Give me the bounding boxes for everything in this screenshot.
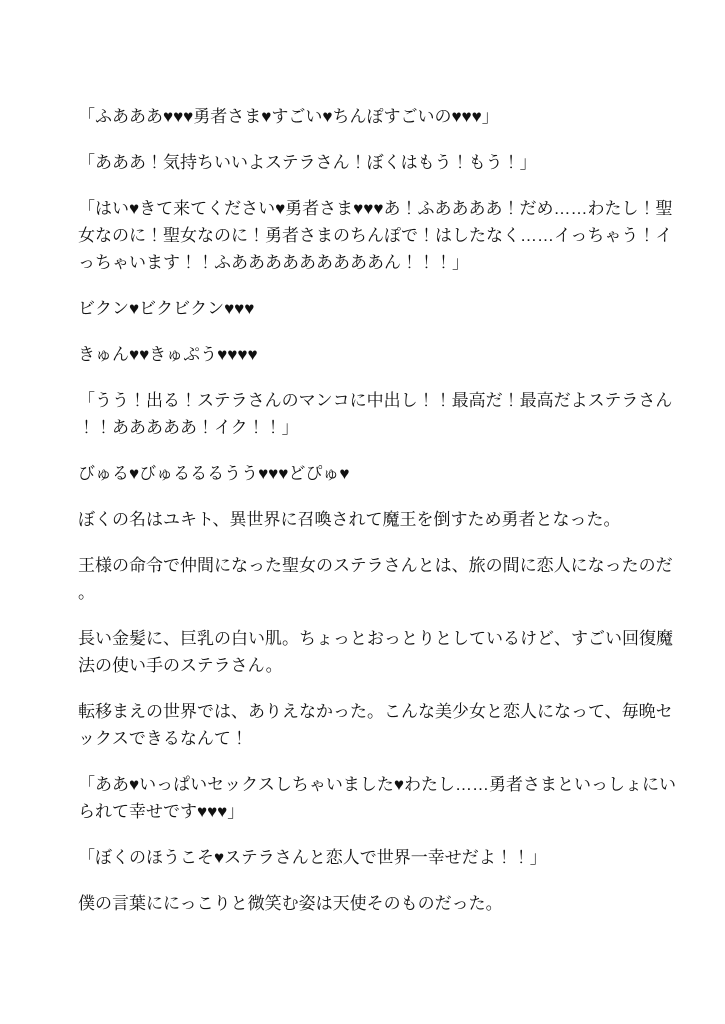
paragraph-sfx-3: びゅる♥びゅるるるうう♥♥♥どぴゅ♥ — [78, 460, 685, 487]
paragraph-dialogue-6: 「ぼくのほうこそ♥ステラさんと恋人で世界一幸せだよ！！」 — [78, 844, 685, 871]
paragraph-dialogue-5: 「ああ♥いっぱいセックスしちゃいました♥わたし……勇者さまといっしょにいられて幸… — [78, 771, 685, 825]
paragraph-dialogue-3: 「はい♥きて来てください♥勇者さま♥♥♥あ！ふああああ！だめ……わたし！聖女なの… — [78, 195, 685, 276]
paragraph-narration-4: 転移まえの世界では、ありえなかった。こんな美少女と恋人になって、毎晩セックスでき… — [78, 698, 685, 752]
paragraph-narration-3: 長い金髪に、巨乳の白い肌。ちょっとおっとりとしているけど、すごい回復魔法の使い手… — [78, 625, 685, 679]
paragraph-dialogue-2: 「あああ！気持ちいいよステラさん！ぼくはもう！もう！」 — [78, 149, 685, 176]
paragraph-narration-5: 僕の言葉ににっこりと微笑む姿は天使そのものだった。 — [78, 890, 685, 917]
paragraph-sfx-1: ビクン♥ビクビクン♥♥♥ — [78, 295, 685, 322]
paragraph-narration-2: 王様の命令で仲間になった聖女のステラさんとは、旅の間に恋人になったのだ。 — [78, 552, 685, 606]
paragraph-narration-1: ぼくの名はユキト、異世界に召喚されて魔王を倒すため勇者となった。 — [78, 506, 685, 533]
document-page: 「ふあああ♥♥♥勇者さま♥すごい♥ちんぽすごいの♥♥♥」 「あああ！気持ちいいよ… — [0, 0, 725, 1024]
paragraph-dialogue-4: 「うう！出る！ステラさんのマンコに中出し！！最高だ！最高だよステラさん！！あああ… — [78, 387, 685, 441]
paragraph-dialogue-1: 「ふあああ♥♥♥勇者さま♥すごい♥ちんぽすごいの♥♥♥」 — [78, 103, 685, 130]
paragraph-sfx-2: きゅん♥♥きゅぷう♥♥♥♥ — [78, 341, 685, 368]
